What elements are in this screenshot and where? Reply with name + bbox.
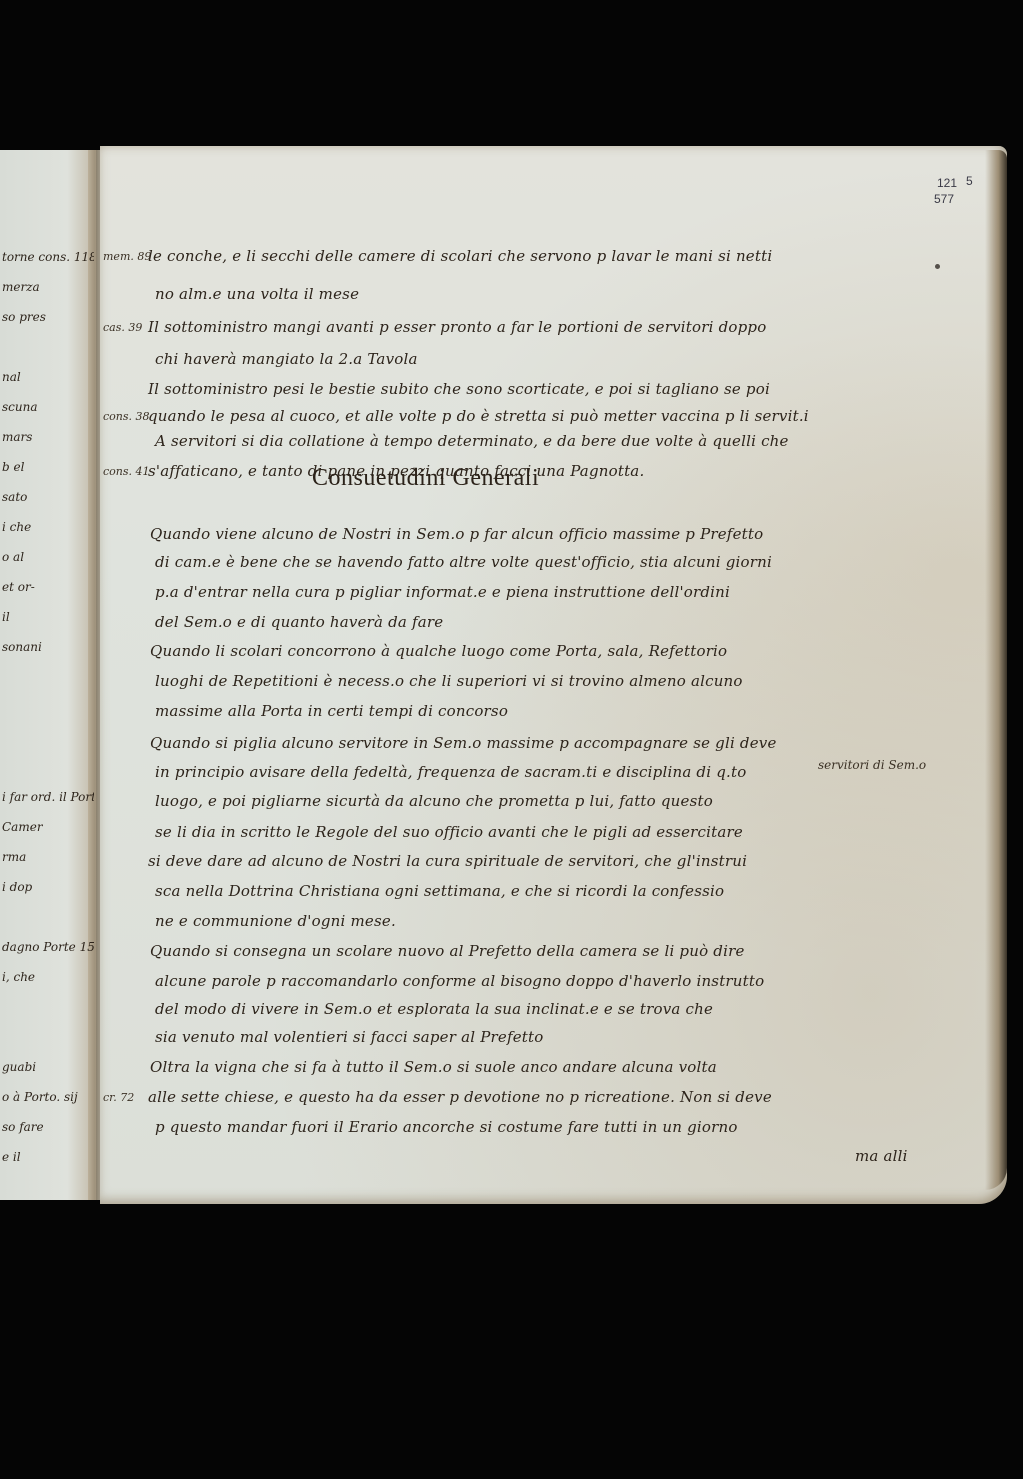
manuscript-line: in principio avisare della fedeltà, freq… xyxy=(155,763,746,781)
manuscript-line: del modo di vivere in Sem.o et esplorata… xyxy=(155,1000,713,1018)
manuscript-line: le conche, e li secchi delle camere di s… xyxy=(148,247,772,265)
left-page-fragment: il xyxy=(2,610,10,624)
left-page-fragment: i che xyxy=(2,520,31,534)
left-page-fragment: nal xyxy=(2,370,21,384)
manuscript-line: si deve dare ad alcuno de Nostri la cura… xyxy=(148,852,747,870)
section-heading: Consuetudini Generali xyxy=(312,465,539,492)
page-edge xyxy=(985,150,1007,1190)
manuscript-line: alcune parole p raccomandarlo conforme a… xyxy=(155,972,764,990)
manuscript-line: del Sem.o e di quanto haverà da fare xyxy=(155,613,443,631)
left-page-fragment: so pres xyxy=(2,310,46,324)
left-page-fragment: rma xyxy=(2,850,26,864)
margin-reference: mem. 89 xyxy=(103,250,151,263)
manuscript-line: Quando si consegna un scolare nuovo al P… xyxy=(150,942,745,960)
manuscript-line: luogo, e poi pigliarne sicurtà da alcuno… xyxy=(155,792,713,810)
manuscript-line: Quando si piglia alcuno servitore in Sem… xyxy=(150,734,777,752)
manuscript-line: quando le pesa al cuoco, et alle volte p… xyxy=(148,407,809,425)
left-page-fragment: i far ord. il Porte 14 xyxy=(2,790,94,804)
side-note: servitori di Sem.o xyxy=(818,758,926,772)
left-page-fragment: so fare xyxy=(2,1120,44,1134)
margin-reference: cons. 41 xyxy=(103,465,150,478)
left-page-fragment: dagno Porte 15 xyxy=(2,940,94,954)
manuscript-line: luoghi de Repetitioni è necess.o che li … xyxy=(155,672,743,690)
manuscript-line: Oltra la vigna che si fa à tutto il Sem.… xyxy=(150,1058,717,1076)
manuscript-line: ne e communione d'ogni mese. xyxy=(155,912,396,930)
left-page-fragment: et or- xyxy=(2,580,35,594)
margin-reference: cas. 39 xyxy=(103,321,142,334)
manuscript-line: no alm.e una volta il mese xyxy=(155,285,359,303)
left-page-fragment: mars xyxy=(2,430,32,444)
left-page-fragment: o à Porto. sij xyxy=(2,1090,78,1104)
left-page-fragment: torne cons. 118 xyxy=(2,250,94,264)
manuscript-line: sca nella Dottrina Christiana ogni setti… xyxy=(155,882,724,900)
manuscript-line: Il sottoministro mangi avanti p esser pr… xyxy=(148,318,766,336)
left-page-fragment: sonani xyxy=(2,640,42,654)
manuscript-line: ma alli xyxy=(855,1147,908,1165)
left-page-fragment: scuna xyxy=(2,400,38,414)
manuscript-line: massime alla Porta in certi tempi di con… xyxy=(155,702,508,720)
manuscript-line: sia venuto mal volentieri si facci saper… xyxy=(155,1028,543,1046)
left-page-fragment: o al xyxy=(2,550,24,564)
left-page-fragment: guabi xyxy=(2,1060,36,1074)
manuscript-line: alle sette chiese, e questo ha da esser … xyxy=(148,1088,772,1106)
manuscript-line: Quando viene alcuno de Nostri in Sem.o p… xyxy=(150,525,763,543)
manuscript-line: Il sottoministro pesi le bestie subito c… xyxy=(148,380,770,398)
left-page-fragment: Camer xyxy=(2,820,43,834)
left-page-fragment: e il xyxy=(2,1150,21,1164)
left-page-fragment: sato xyxy=(2,490,27,504)
left-page xyxy=(0,150,96,1200)
manuscript-line: se li dia in scritto le Regole del suo o… xyxy=(155,823,743,841)
manuscript-line: p questo mandar fuori il Erario ancorche… xyxy=(155,1118,738,1136)
left-page-fragment: merza xyxy=(2,280,40,294)
left-page-fragment: b el xyxy=(2,460,24,474)
manuscript-line: p.a d'entrar nella cura p pigliar inform… xyxy=(155,583,730,601)
manuscript-line: chi haverà mangiato la 2.a Tavola xyxy=(155,350,418,368)
margin-reference: cons. 38 xyxy=(103,410,150,423)
manuscript-line: A servitori si dia collatione à tempo de… xyxy=(155,432,789,450)
folio-number-extra: 5 xyxy=(966,174,973,188)
folio-number-lower: 577 xyxy=(934,192,954,206)
ink-spot xyxy=(935,264,940,269)
manuscript-line: di cam.e è bene che se havendo fatto alt… xyxy=(155,553,772,571)
manuscript-line: Quando li scolari concorrono à qualche l… xyxy=(150,642,727,660)
margin-reference: cr. 72 xyxy=(103,1091,134,1104)
left-page-fragment: i, che xyxy=(2,970,35,984)
left-page-fragment: i dop xyxy=(2,880,32,894)
folio-number-upper: 121 xyxy=(937,176,957,190)
